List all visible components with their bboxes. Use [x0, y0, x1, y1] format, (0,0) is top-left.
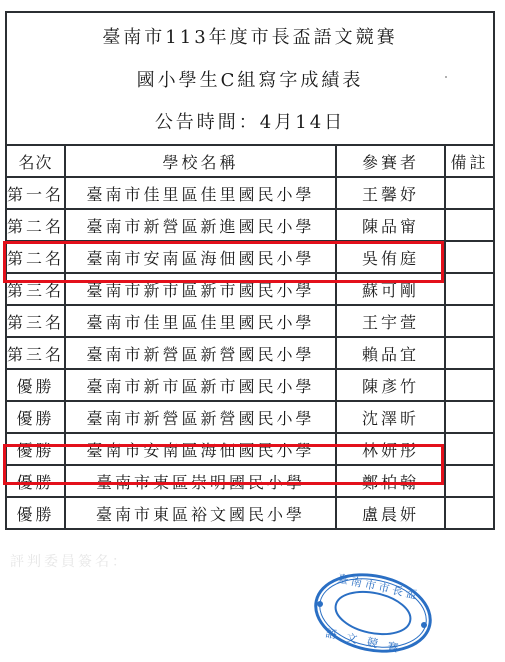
cell-participant: 沈澤昕 — [336, 401, 445, 433]
table-row: 第三名 臺南市新營區新營國民小學 賴品宜 — [7, 337, 493, 369]
table-row-highlighted: 優勝 臺南市安南區海佃國民小學 林妍彤 — [7, 433, 493, 465]
cell-note — [445, 241, 493, 273]
cell-school: 臺南市佳里區佳里國民小學 — [65, 305, 336, 337]
scan-speck — [445, 76, 447, 78]
table-row: 優勝 臺南市新市區新市國民小學 陳彥竹 — [7, 369, 493, 401]
announcement-date: 公告時間：4月14日 — [7, 111, 493, 135]
cell-note — [445, 369, 493, 401]
cell-participant: 蘇可剛 — [336, 273, 445, 305]
cell-school: 臺南市安南區海佃國民小學 — [65, 433, 336, 465]
results-sheet: 臺南市113年度市長盃語文競賽 國小學生C組寫字成績表 公告時間：4月14日 名… — [5, 11, 495, 530]
cell-participant: 王宇萱 — [336, 305, 445, 337]
results-table: 名次 學校名稱 參賽者 備註 第一名 臺南市佳里區佳里國民小學 王馨妤 第二名 … — [7, 146, 493, 528]
cell-note — [445, 497, 493, 528]
cell-rank: 優勝 — [7, 465, 65, 497]
cell-note — [445, 401, 493, 433]
cell-note — [445, 273, 493, 305]
cell-note — [445, 433, 493, 465]
header-rank: 名次 — [7, 146, 65, 177]
table-row: 優勝 臺南市新營區新營國民小學 沈澤昕 — [7, 401, 493, 433]
cell-rank: 第一名 — [7, 177, 65, 209]
table-row: 優勝 臺南市東區裕文國民小學 盧晨妍 — [7, 497, 493, 528]
cell-school: 臺南市新市區新市國民小學 — [65, 369, 336, 401]
cell-school: 臺南市東區裕文國民小學 — [65, 497, 336, 528]
svg-text:語文競賽: 語文競賽 — [324, 626, 409, 656]
cell-school: 臺南市新市區新市國民小學 — [65, 273, 336, 305]
cell-participant: 林妍彤 — [336, 433, 445, 465]
table-row: 第一名 臺南市佳里區佳里國民小學 王馨妤 — [7, 177, 493, 209]
cell-school: 臺南市新營區新營國民小學 — [65, 337, 336, 369]
category-title: 國小學生C組寫字成績表 — [7, 69, 493, 93]
cell-participant: 陳彥竹 — [336, 369, 445, 401]
cell-school: 臺南市安南區海佃國民小學 — [65, 241, 336, 273]
cell-participant: 盧晨妍 — [336, 497, 445, 528]
cell-school: 臺南市新營區新進國民小學 — [65, 209, 336, 241]
cell-participant: 陳品甯 — [336, 209, 445, 241]
cell-rank: 第二名 — [7, 241, 65, 273]
title-block: 臺南市113年度市長盃語文競賽 國小學生C組寫字成績表 公告時間：4月14日 — [7, 13, 493, 146]
cell-school: 臺南市佳里區佳里國民小學 — [65, 177, 336, 209]
cell-school: 臺南市新營區新營國民小學 — [65, 401, 336, 433]
cell-participant: 吳侑庭 — [336, 241, 445, 273]
header-note: 備註 — [445, 146, 493, 177]
table-row: 第三名 臺南市佳里區佳里國民小學 王宇萱 — [7, 305, 493, 337]
cell-note — [445, 177, 493, 209]
competition-title: 臺南市113年度市長盃語文競賽 — [7, 26, 493, 50]
table-row-highlighted: 第二名 臺南市安南區海佃國民小學 吳侑庭 — [7, 241, 493, 273]
table-header-row: 名次 學校名稱 參賽者 備註 — [7, 146, 493, 177]
cell-rank: 第二名 — [7, 209, 65, 241]
cell-participant: 賴品宜 — [336, 337, 445, 369]
cell-note — [445, 305, 493, 337]
table-row: 第三名 臺南市新市區新市國民小學 蘇可剛 — [7, 273, 493, 305]
cell-rank: 優勝 — [7, 497, 65, 528]
table-row: 第二名 臺南市新營區新進國民小學 陳品甯 — [7, 209, 493, 241]
cell-note — [445, 465, 493, 497]
cell-note — [445, 337, 493, 369]
cell-rank: 第三名 — [7, 337, 65, 369]
header-school: 學校名稱 — [65, 146, 336, 177]
cell-rank: 第三名 — [7, 305, 65, 337]
cell-rank: 優勝 — [7, 433, 65, 465]
table-row: 優勝 臺南市東區崇明國民小學 鄭柏翰 — [7, 465, 493, 497]
cell-participant: 王馨妤 — [336, 177, 445, 209]
cell-participant: 鄭柏翰 — [336, 465, 445, 497]
judge-signature-label: 評判委員簽名： — [10, 551, 129, 571]
cell-school: 臺南市東區崇明國民小學 — [65, 465, 336, 497]
cell-rank: 第三名 — [7, 273, 65, 305]
header-participant: 參賽者 — [336, 146, 445, 177]
cell-rank: 優勝 — [7, 369, 65, 401]
official-seal-stamp: 臺南市市長盃 語文競賽 — [310, 570, 436, 656]
cell-rank: 優勝 — [7, 401, 65, 433]
cell-note — [445, 209, 493, 241]
